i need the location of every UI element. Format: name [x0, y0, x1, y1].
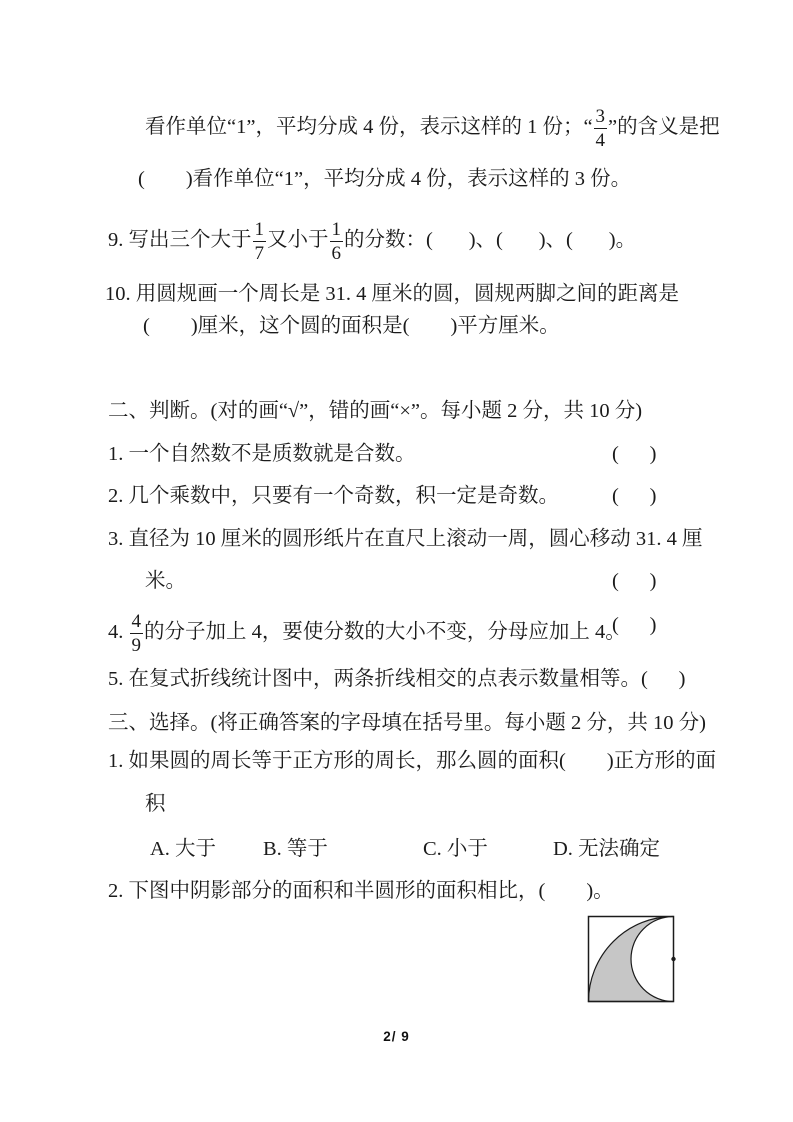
choice-q1-line-2: 积 — [145, 791, 166, 817]
judge-item-2-answer-bracket: ( ) — [612, 483, 656, 509]
question-10-line-1: 10. 用圆规画一个周长是 31. 4 厘米的圆，圆规两脚之间的距离是 — [105, 281, 679, 307]
choice-q1-line-1: 1. 如果圆的周长等于正方形的周长，那么圆的面积( )正方形的面 — [108, 748, 716, 774]
q9-pre: 9. 写出三个大于 — [108, 229, 252, 251]
choice-q1-option-d: D. 无法确定 — [553, 836, 660, 862]
judge-item-4: 4. 49的分子加上 4，要使分数的大小不变，分母应加上 4。 — [108, 612, 626, 655]
judge-item-1-answer-bracket: ( ) — [612, 441, 656, 467]
q8-continuation-line-2: ( )看作单位“1”，平均分成 4 份，表示这样的 3 份。 — [138, 166, 631, 192]
q9-post: 的分数：( )、( )、( )。 — [344, 229, 636, 251]
test-paper-page: 看作单位“1”，平均分成 4 份，表示这样的 1 份；“34”的含义是把 ( )… — [0, 0, 793, 1122]
fraction-denominator: 9 — [130, 633, 144, 655]
judge-item-1: 1. 一个自然数不是质数就是合数。 — [108, 441, 416, 467]
choice-q1-option-a: A. 大于 — [150, 836, 216, 862]
fraction-one-seventh: 17 — [253, 220, 267, 263]
fraction-denominator: 7 — [253, 241, 267, 263]
judge-item-3-line-1: 3. 直径为 10 厘米的圆形纸片在直尺上滚动一周，圆心移动 31. 4 厘 — [108, 526, 703, 552]
judge-item-4-text: 的分子加上 4，要使分数的大小不变，分母应加上 4。 — [144, 621, 626, 643]
choice-q1-option-c: C. 小于 — [423, 836, 488, 862]
question-10-line-2: ( )厘米，这个圆的面积是( )平方厘米。 — [143, 313, 560, 339]
judge-item-2: 2. 几个乘数中，只要有一个奇数，积一定是奇数。 — [108, 483, 559, 509]
page-number: 2/ 9 — [0, 1029, 793, 1044]
shaded-crescent-figure — [587, 915, 677, 1003]
fraction-denominator: 4 — [594, 128, 608, 150]
judge-item-4-answer-bracket: ( ) — [612, 612, 656, 638]
judge-item-3-line-2: 米。 — [145, 568, 186, 594]
fraction-numerator: 1 — [253, 220, 267, 241]
fraction-numerator: 4 — [130, 612, 144, 633]
judge-item-4-number: 4. — [108, 621, 129, 643]
q8-continuation-line-1: 看作单位“1”，平均分成 4 份，表示这样的 1 份；“34”的含义是把 — [145, 107, 720, 150]
q8-line1-post: ”的含义是把 — [608, 116, 720, 138]
section-choice-header: 三、选择。(将正确答案的字母填在括号里。每小题 2 分，共 10 分) — [108, 710, 706, 736]
section-judge-header: 二、判断。(对的画“√”，错的画“×”。每小题 2 分，共 10 分) — [108, 398, 642, 424]
fraction-denominator: 6 — [330, 241, 344, 263]
fraction-numerator: 1 — [330, 220, 344, 241]
choice-q1-option-b: B. 等于 — [263, 836, 328, 862]
judge-item-5: 5. 在复式折线统计图中，两条折线相交的点表示数量相等。( ) — [108, 666, 685, 692]
crescent-shaded-region — [589, 917, 674, 1002]
q8-line1-pre: 看作单位“1”，平均分成 4 份，表示这样的 1 份；“ — [145, 116, 593, 138]
choice-q2: 2. 下图中阴影部分的面积和半圆形的面积相比，( )。 — [108, 878, 614, 904]
fraction-one-sixth: 16 — [330, 220, 344, 263]
fraction-three-fourths: 34 — [594, 107, 608, 150]
fraction-four-ninths: 49 — [130, 612, 144, 655]
semicircle-center-dot — [671, 957, 675, 961]
judge-item-3-answer-bracket: ( ) — [612, 568, 656, 594]
fraction-numerator: 3 — [594, 107, 608, 128]
q9-mid: 又小于 — [267, 229, 329, 251]
question-9: 9. 写出三个大于17又小于16的分数：( )、( )、( )。 — [108, 220, 636, 263]
